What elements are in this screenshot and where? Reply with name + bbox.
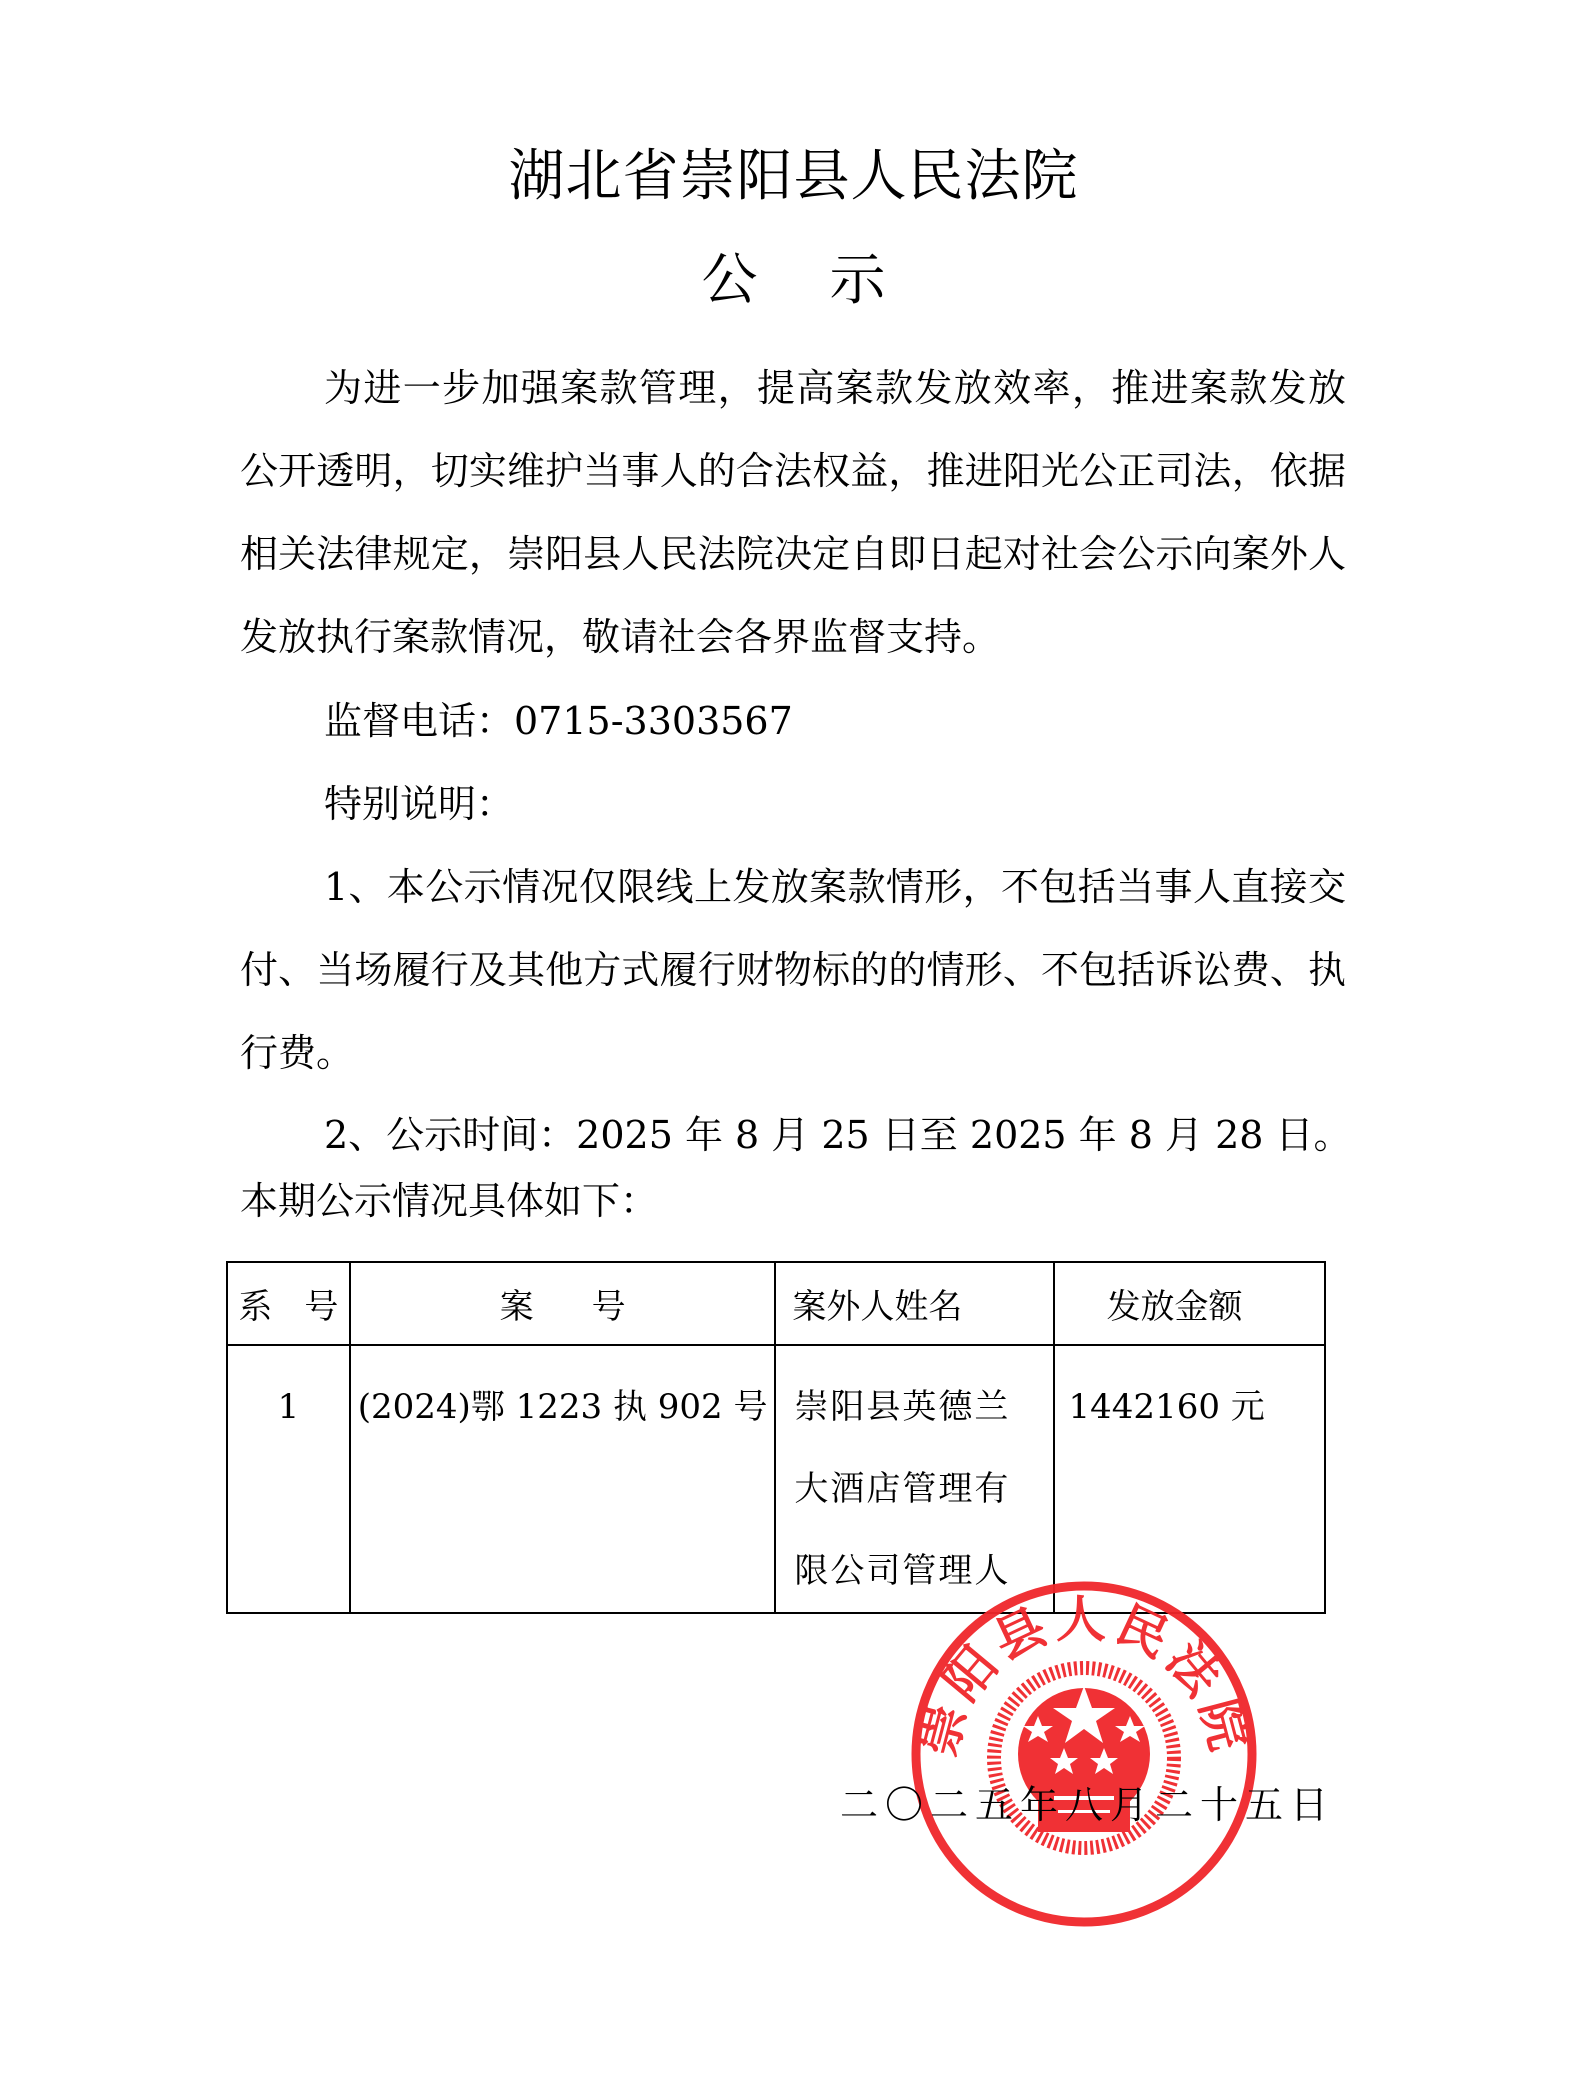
cell-case-number: (2024)鄂 1223 执 902 号 [350,1345,776,1613]
header-payee-name: 案外人姓名 [775,1262,1053,1345]
table-intro: 本期公示情况具体如下： [240,1176,658,1226]
supervision-phone: 监督电话：0715-3303567 [324,696,793,746]
disbursement-table: 系号 案号 案外人姓名 发放金额 1 (2024)鄂 1223 执 902 号 … [226,1261,1326,1614]
special-notes-heading: 特别说明： [324,779,514,829]
cell-no: 1 [227,1345,350,1613]
court-title: 湖北省崇阳县人民法院 [0,142,1587,212]
cell-amount: 1442160 元 [1054,1345,1325,1613]
intro-paragraph: 为进一步加强案款管理，提高案款发放效率，推进案款发放公开透明，切实维护当事人的合… [240,347,1346,679]
header-case-number: 案号 [350,1262,776,1345]
note-1: 1、本公示情况仅限线上发放案款情形，不包括当事人直接交付、当场履行及其他方式履行… [240,846,1346,1095]
cell-payee-name: 崇阳县英德兰 大酒店管理有 限公司管理人 [775,1345,1053,1613]
table-header-row: 系号 案号 案外人姓名 发放金额 [227,1262,1325,1345]
notice-heading: 公示 [0,246,1587,316]
note-2-period: 2、公示时间：2025 年 8 月 25 日至 2025 年 8 月 28 日。 [324,1110,1352,1160]
issue-date: 二〇二五年八月二十五日 [840,1780,1335,1830]
table-row: 1 (2024)鄂 1223 执 902 号 崇阳县英德兰 大酒店管理有 限公司… [227,1345,1325,1613]
court-seal-icon: 崇阳县人民法院 [908,1578,1260,1930]
notice-page: 湖北省崇阳县人民法院 公示 为进一步加强案款管理，提高案款发放效率，推进案款发放… [0,0,1587,2077]
notice-heading-char-2: 示 [830,246,886,316]
header-no: 系号 [227,1262,350,1345]
notice-heading-char-1: 公 [702,246,758,316]
header-amount: 发放金额 [1054,1262,1325,1345]
